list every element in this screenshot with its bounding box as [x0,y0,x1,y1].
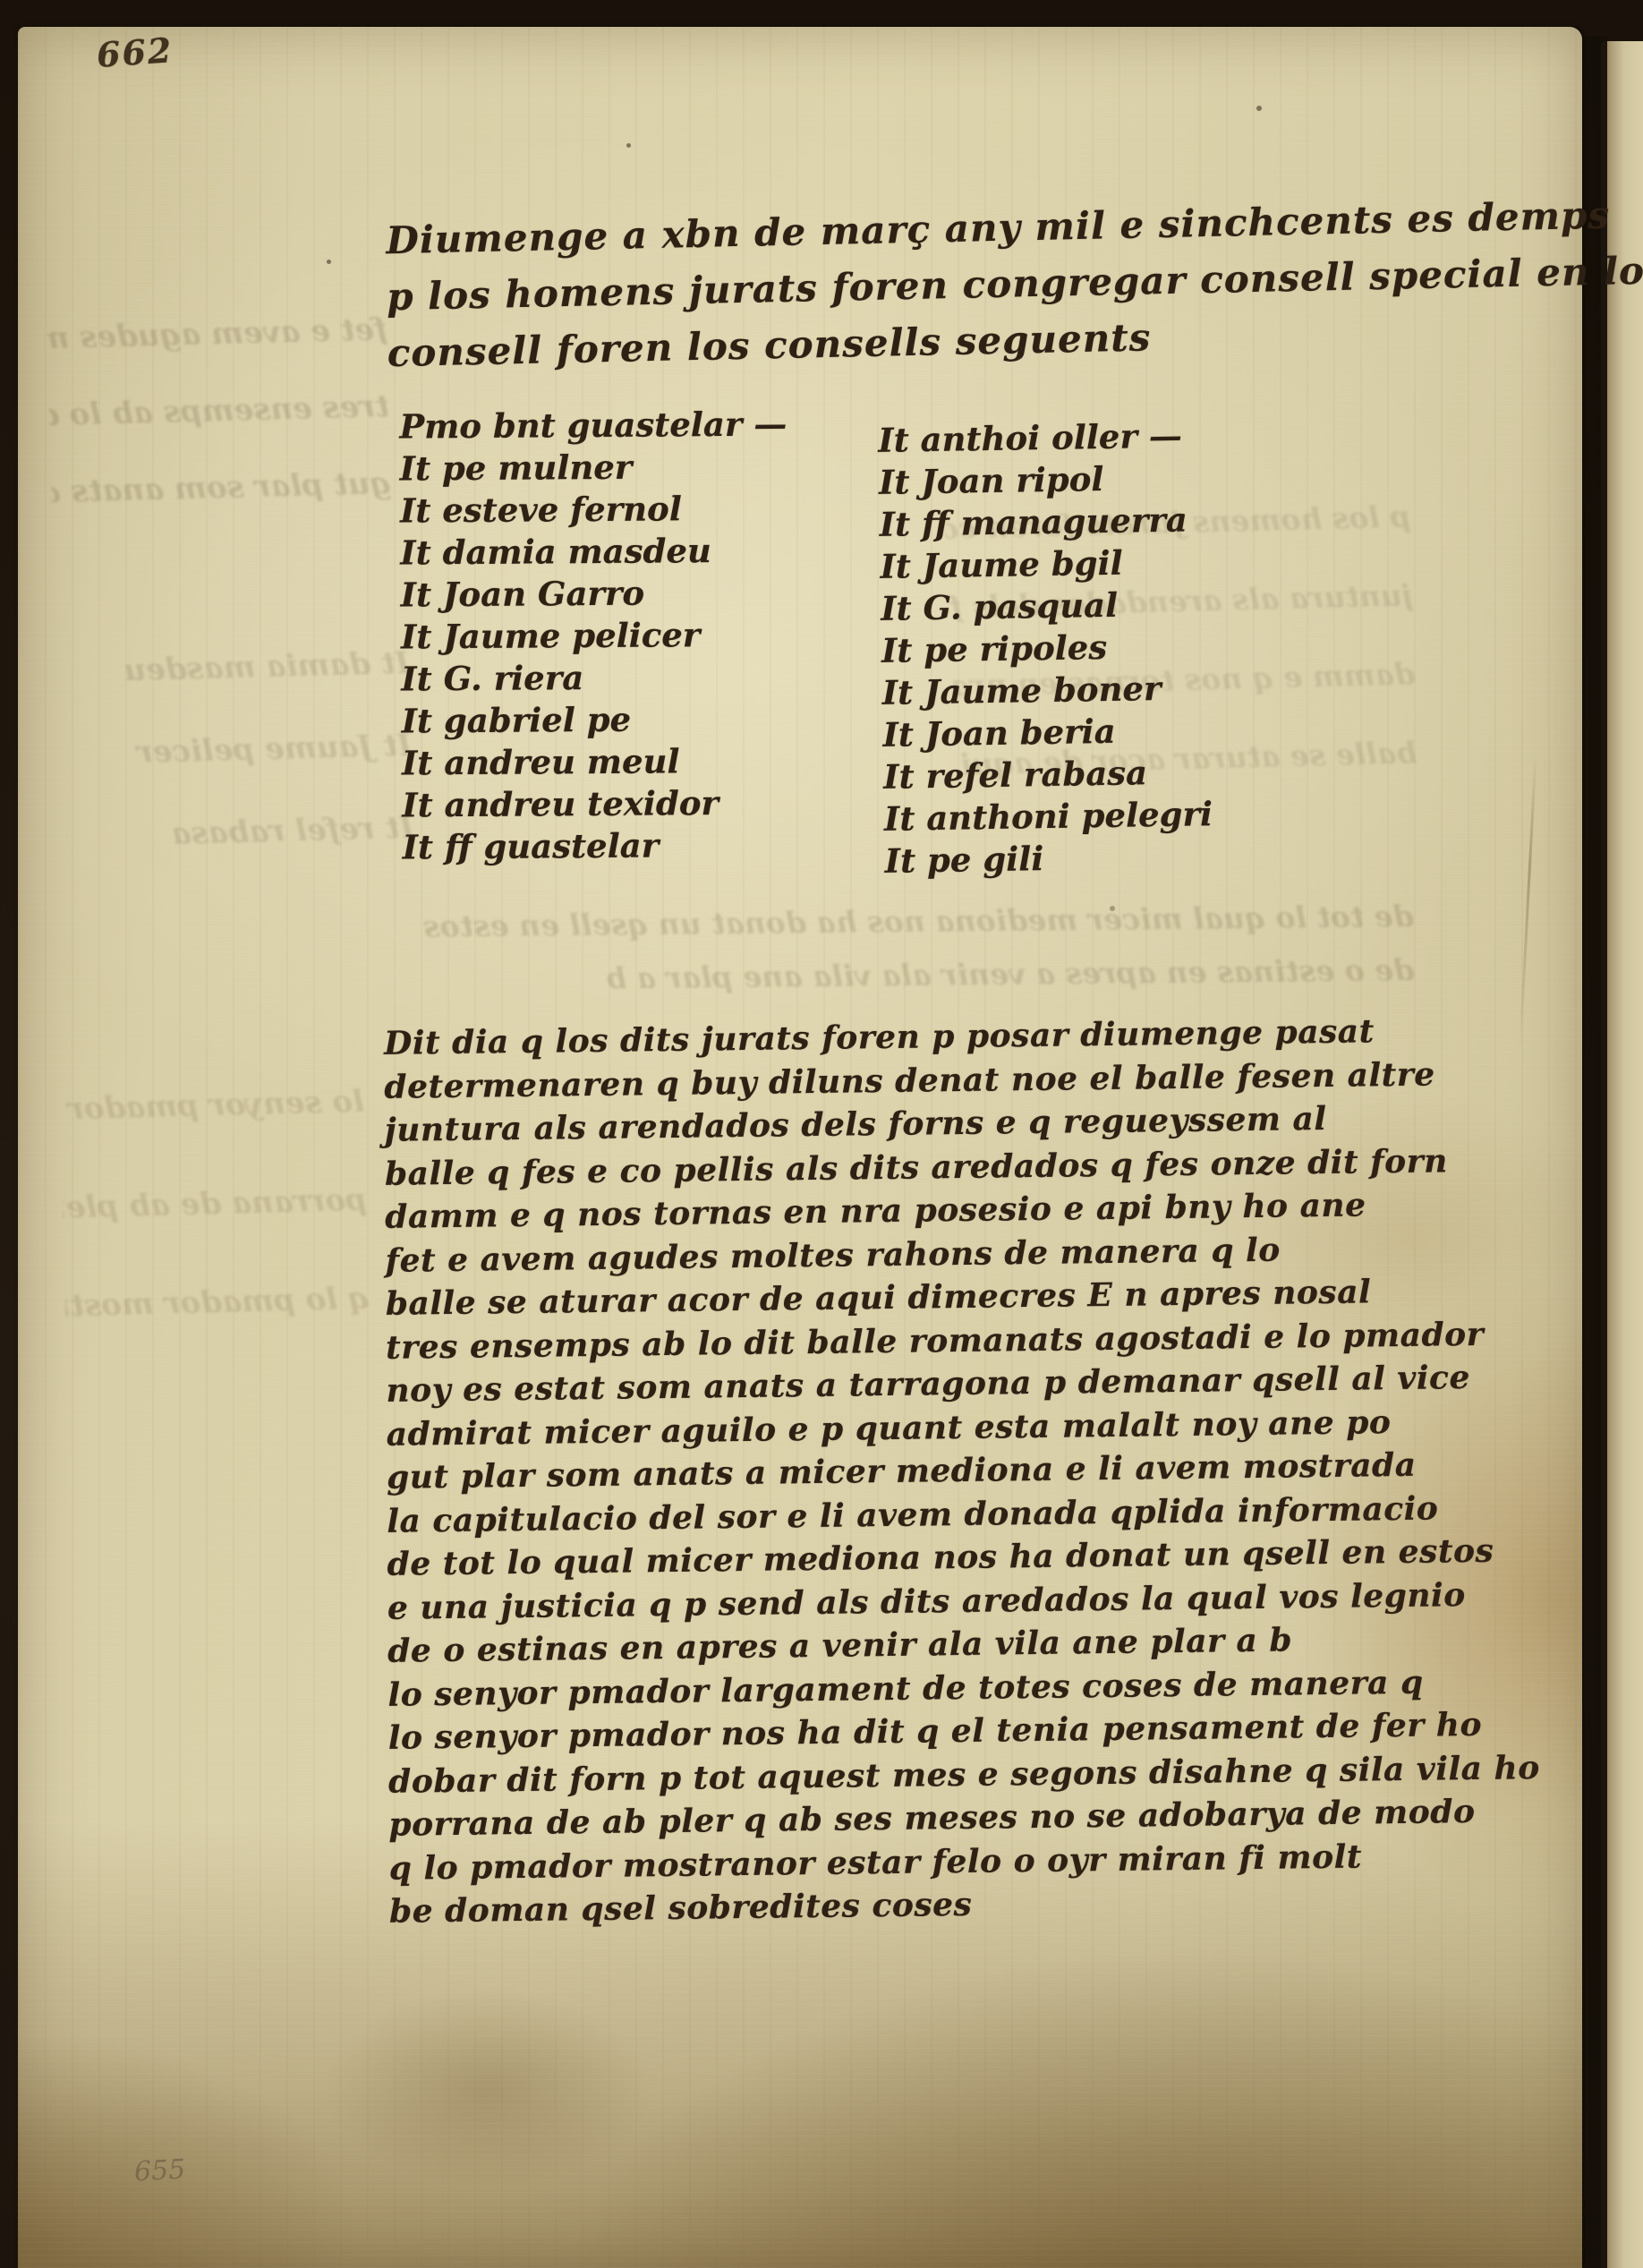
record-paragraph: Dit dia q los dits jurats foren p posar … [384,1011,1535,1930]
attendee-name: It ff guastelar [402,823,789,868]
attendee-name: It anthoi oller — [878,414,1207,462]
ink-speck [626,143,631,148]
attendee-name: It Joan Garro [401,571,788,616]
attendee-name: It G. pasqual [881,583,1210,630]
attendee-name: It andreu meul [402,739,789,784]
manuscript-photo: fet e avem agudes moltes rahons de maner… [0,0,1643,2268]
attendee-name: It refel rabasa [883,751,1213,798]
attendee-name: It pe mulner [400,445,787,490]
ink-speck [1256,106,1262,111]
attendee-name: It gabriel pe [401,697,788,742]
attendee-name: It pe ripoles [881,625,1211,672]
attendee-name: It andreu texidor [402,781,789,826]
ink-speck [1110,906,1115,911]
attendee-name: It ff managuerra [879,499,1208,546]
attendee-list-left: Pmo bnt guastelar — It pe mulner It este… [399,403,789,868]
attendee-name: It G. riera [401,655,788,700]
attendee-list-right: It anthoi oller — It Joan ripol It ff ma… [878,414,1213,882]
attendee-name: It Jaume bgil [880,541,1209,588]
attendee-name: It esteve fernol [400,487,787,532]
attendee-name: It pe gili [884,835,1213,882]
underlying-page-edge [1601,41,1643,2268]
attendee-name: It Joan ripol [879,456,1208,504]
folio-number: 662 [96,30,175,75]
attendee-name: It Jaume pelicer [401,613,788,658]
ink-speck [327,260,331,264]
heading-paragraph: Diumenge a xbn de març any mil e sinchce… [386,194,1515,375]
attendee-name: It damia masdeu [400,529,787,574]
attendee-name: Pmo bnt guastelar — [399,403,787,448]
attendee-name: It Jaume boner [881,667,1211,714]
attendee-name: It anthoni pelegri [884,793,1213,840]
pencil-folio-number: 655 [133,2154,186,2188]
attendee-name: It Joan beria [882,709,1212,756]
